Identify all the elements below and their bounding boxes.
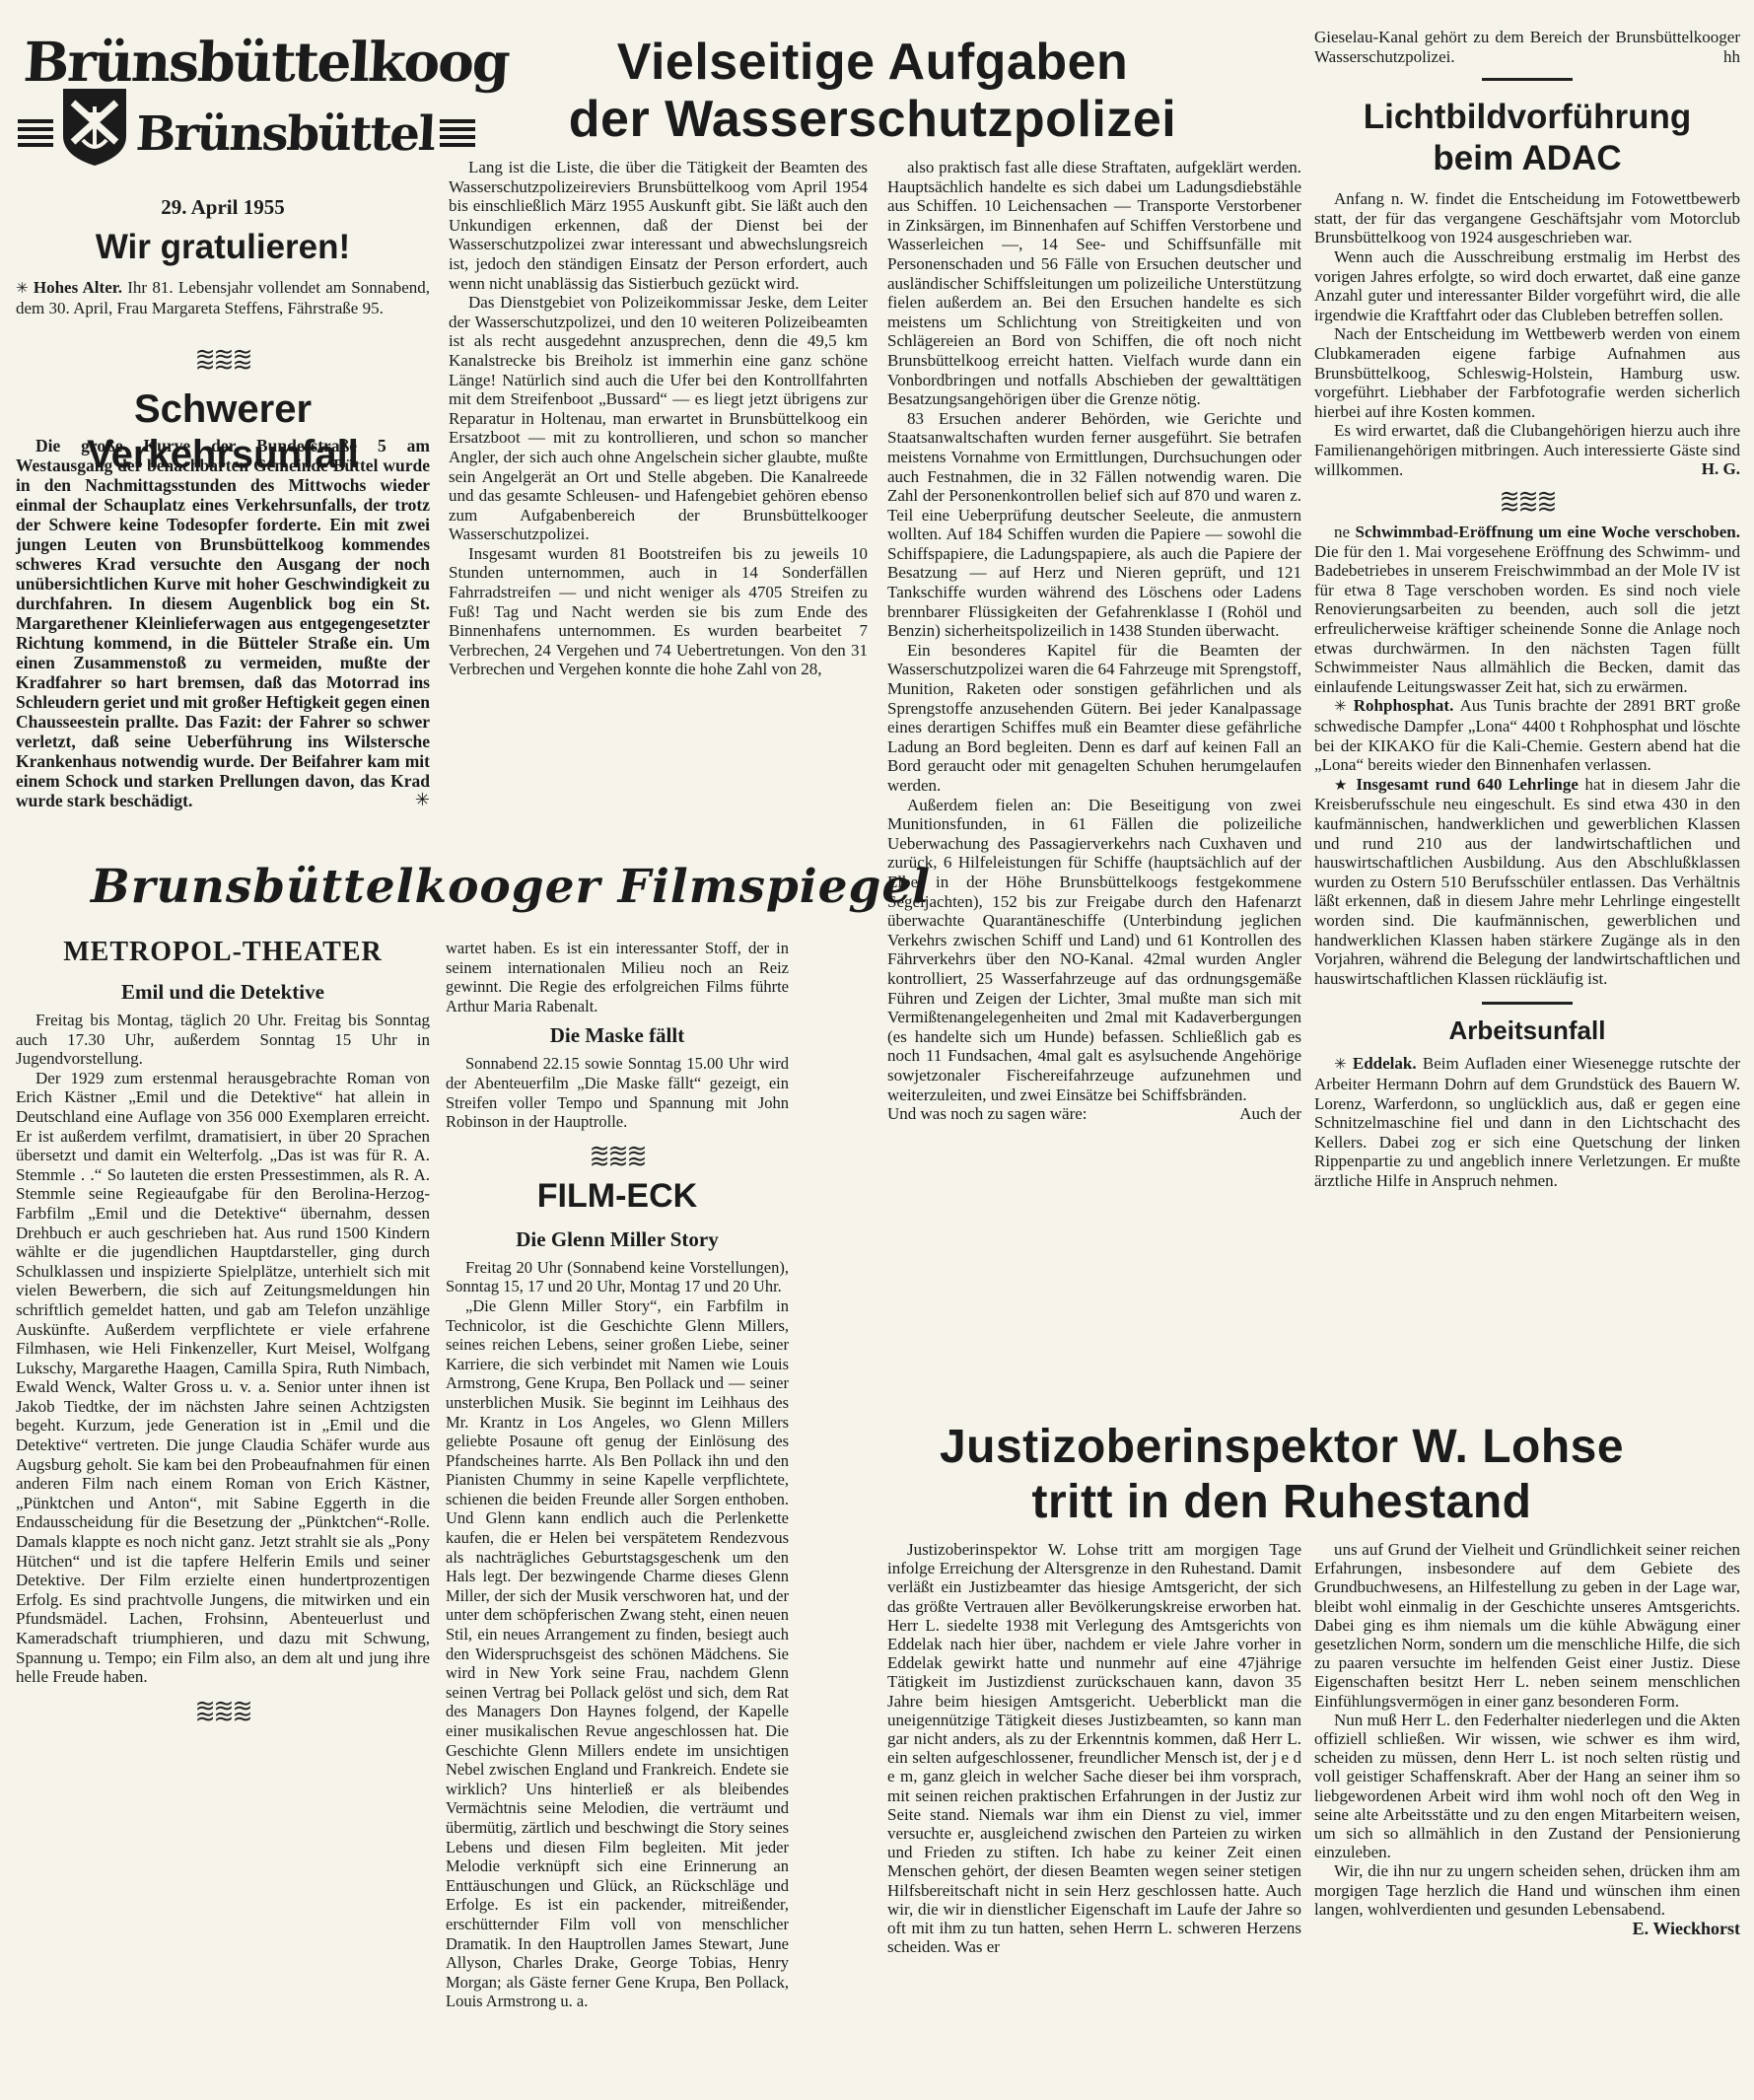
squiggle-divider-icon: ≈≈≈≈≈≈ <box>446 1144 789 1165</box>
wsp-paragraph: 83 Ersuchen anderer Behörden, wie Gerich… <box>887 409 1301 641</box>
lohse-paragraph: Wir, die ihn nur zu ungern scheiden sehe… <box>1314 1861 1740 1919</box>
arbeitsunfall-item: ✳ Eddelak. Beim Aufladen einer Wiesenegg… <box>1314 1054 1740 1190</box>
lehrlinge-lead: Insgesamt rund 640 Lehrlinge <box>1356 775 1579 794</box>
emil-showtimes: Freitag bis Montag, täglich 20 Uhr. Frei… <box>16 1011 430 1069</box>
schwimmbad-lead: Schwimmbad-Eröffnung um eine Woche versc… <box>1356 523 1740 541</box>
verkehrsunfall-text: Die große Kurve der Bundesstraße 5 am We… <box>16 436 430 810</box>
wsp-closing-right: Auch der <box>1239 1104 1301 1124</box>
wsp-paragraph: Lang ist die Liste, die über die Tätigke… <box>449 158 868 293</box>
lohse-column-1: Justizoberinspektor W. Lohse tritt am mo… <box>887 1540 1301 1956</box>
adac-paragraph: Anfang n. W. findet die Entscheidung im … <box>1314 189 1740 247</box>
arbeitsunfall-text: Beim Aufladen einer Wiesenegge rutschte … <box>1314 1054 1740 1190</box>
arbeitsunfall-lead: Eddelak. <box>1353 1054 1417 1073</box>
film-column-2: wartet haben. Es ist ein interessanter S… <box>446 939 789 2011</box>
glenn-miller-review: „Die Glenn Miller Story“, ein Farbfilm i… <box>446 1296 789 2011</box>
lohse-signature: E. Wieckhorst <box>1314 1919 1740 1939</box>
gratulieren-item: ✳ Hohes Alter. Ihr 81. Lebensjahr vollen… <box>16 278 430 317</box>
adac-signature: H. G. <box>1694 459 1740 479</box>
lohse-headline: Justizoberinspektor W. Lohse tritt in de… <box>907 1420 1656 1530</box>
adac-paragraph: Es wird erwartet, daß die Clubangehörige… <box>1314 421 1740 479</box>
squiggle-divider-icon: ≈≈≈≈≈≈ <box>1314 489 1740 511</box>
emil-film-title: Emil und die Detektive <box>16 980 430 1005</box>
wsp-headline-line1: Vielseitige Aufgaben <box>449 34 1297 91</box>
adac-headline: Lichtbildvorführung beim ADAC <box>1314 97 1740 179</box>
lohse-text: Justizoberinspektor W. Lohse tritt am mo… <box>887 1540 1301 1956</box>
lehrlinge-text: hat in diesem Jahr die Kreisberufsschule… <box>1314 775 1740 988</box>
glenn-miller-title: Die Glenn Miller Story <box>446 1227 789 1252</box>
lohse-paragraph: uns auf Grund der Vielheit und Gründlich… <box>1314 1540 1740 1711</box>
wsp-column-1: Lang ist die Liste, die über die Tätigke… <box>449 158 868 679</box>
asterisk-icon: ✳ <box>1334 697 1347 715</box>
gieselau-signature: hh <box>1723 47 1740 67</box>
adac-paragraph: Nach der Entscheidung im Wettbewerb werd… <box>1314 324 1740 421</box>
wsp-paragraph: Ein besonderes Kapitel für die Beamten d… <box>887 641 1301 796</box>
asterisk-icon: ✳ <box>16 279 29 297</box>
emil-review: Der 1929 zum erstenmal herausgebrachte R… <box>16 1069 430 1687</box>
newspaper-page: Brünsbüttelkoog Brünsbüttel 29. April 19… <box>0 0 1754 2100</box>
lohse-headline-line1: Justizoberinspektor W. Lohse <box>907 1420 1656 1475</box>
maske-film-title: Die Maske fällt <box>446 1023 789 1048</box>
rohphosphat-item: ✳ Rohphosphat. Aus Tunis brachte der 289… <box>1314 696 1740 774</box>
film-continuation: wartet haben. Es ist ein interessanter S… <box>446 939 789 1015</box>
schwimmbad-text: Die für den 1. Mai vorgesehene Eröffnung… <box>1314 542 1740 696</box>
star-icon: ★ <box>1334 776 1350 794</box>
issue-date: 29. April 1955 <box>16 195 430 220</box>
lohse-headline-line2: tritt in den Ruhestand <box>907 1475 1656 1530</box>
maske-text: Sonnabend 22.15 sowie Sonntag 15.00 Uhr … <box>446 1054 789 1131</box>
glenn-miller-showtimes: Freitag 20 Uhr (Sonnabend keine Vorstell… <box>446 1258 789 1296</box>
filmspiegel-script-headline: Brunsbüttelkooger Filmspiegel <box>91 860 931 914</box>
end-star-icon: ✳ <box>395 791 430 810</box>
wsp-closing-left: Und was noch zu sagen wäre: <box>887 1104 1087 1124</box>
adac-paragraph: Wenn auch die Ausschreibung erstmalig im… <box>1314 247 1740 324</box>
divider-rule <box>1482 78 1573 81</box>
wsp-paragraph: also praktisch fast alle diese Straftate… <box>887 158 1301 409</box>
arbeitsunfall-headline: Arbeitsunfall <box>1314 1015 1740 1046</box>
filmeck-headline: FILM-ECK <box>446 1177 789 1216</box>
wsp-closing-line: Und was noch zu sagen wäre: Auch der <box>887 1104 1301 1124</box>
wsp-paragraph: Außerdem fielen an: Die Beseitigung von … <box>887 796 1301 1105</box>
wsp-paragraph: Das Dienstgebiet von Polizeikommissar Je… <box>449 293 868 544</box>
schwimmbad-item: ne Schwimmbad-Eröffnung um eine Woche ve… <box>1314 523 1740 696</box>
asterisk-icon: ✳ <box>1334 1055 1347 1073</box>
masthead-row: Brünsbüttel <box>18 95 475 173</box>
lohse-column-2: uns auf Grund der Vielheit und Gründlich… <box>1314 1540 1740 1939</box>
verkehrsunfall-article: Die große Kurve der Bundesstraße 5 am We… <box>16 436 430 810</box>
coat-of-arms-icon <box>59 85 130 173</box>
flag-bars-icon <box>18 119 53 149</box>
metropol-section: METROPOL-THEATER Emil und die Detektive … <box>16 937 430 1720</box>
wsp-headline: Vielseitige Aufgaben der Wasserschutzpol… <box>449 34 1297 148</box>
squiggle-divider-icon: ≈≈≈≈≈≈ <box>16 347 430 369</box>
gratulieren-headline: Wir gratulieren! <box>16 227 430 268</box>
lehrlinge-item: ★ Insgesamt rund 640 Lehrlinge hat in di… <box>1314 775 1740 989</box>
metropol-theater-name: METROPOL-THEATER <box>16 937 430 968</box>
wsp-paragraph: Insgesamt wurden 81 Bootstreifen bis zu … <box>449 544 868 679</box>
adac-headline-line1: Lichtbildvorführung <box>1314 97 1740 138</box>
wsp-column-2: also praktisch fast alle diese Straftate… <box>887 158 1301 1124</box>
gieselau-text: Gieselau-Kanal gehört zu dem Bereich der… <box>1314 28 1740 66</box>
lohse-paragraph: Nun muß Herr L. den Federhalter niederle… <box>1314 1711 1740 1862</box>
right-column: Gieselau-Kanal gehört zu dem Bereich der… <box>1314 28 1740 1534</box>
wsp-headline-line2: der Wasserschutzpolizei <box>449 91 1297 148</box>
divider-rule <box>1482 1002 1573 1005</box>
masthead-title-line2: Brünsbüttel <box>135 106 436 162</box>
gratulieren-lead: Hohes Alter. <box>34 278 122 297</box>
rohphosphat-lead: Rohphosphat. <box>1354 696 1454 715</box>
schwimmbad-prefix: ne <box>1334 523 1350 541</box>
squiggle-divider-icon: ≈≈≈≈≈≈ <box>16 1699 430 1720</box>
adac-headline-line2: beim ADAC <box>1314 138 1740 179</box>
